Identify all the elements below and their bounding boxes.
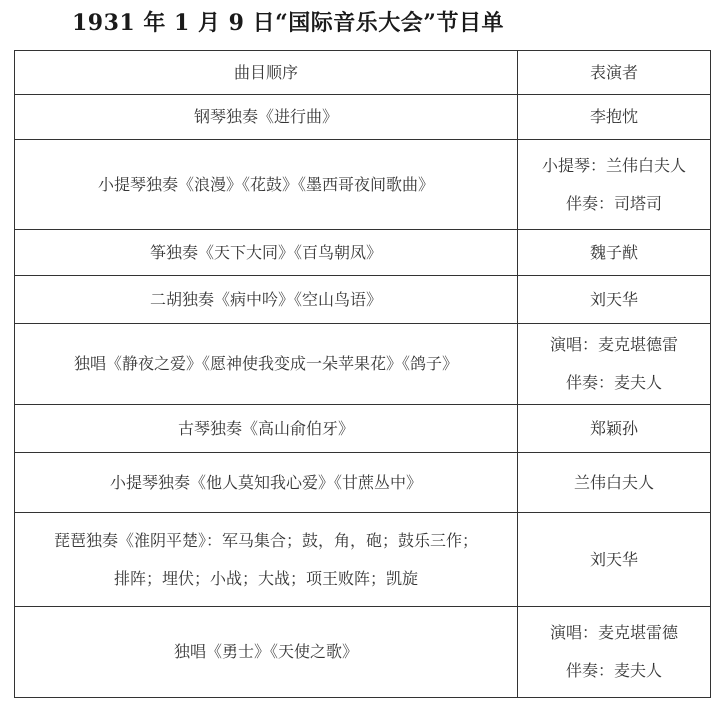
- table-row: 琵琶独奏《淮阴平楚》：军马集合；鼓，角，砲；鼓乐三作； 排阵；埋伏；小战；大战；…: [15, 513, 711, 607]
- table-row: 小提琴独奏《浪漫》《花鼓》《墨西哥夜间歌曲》 小提琴：兰伟白夫人 伴奏：司塔司: [15, 140, 711, 230]
- piece-cell: 古琴独奏《高山俞伯牙》: [15, 405, 518, 453]
- piece-cell: 独唱《勇士》《天使之歌》: [15, 607, 518, 698]
- program-table: 曲目顺序 表演者 钢琴独奏《进行曲》 李抱忱 小提琴独奏《浪漫》《花鼓》《墨西哥…: [14, 50, 711, 698]
- piece-cell: 小提琴独奏《浪漫》《花鼓》《墨西哥夜间歌曲》: [15, 140, 518, 230]
- table-header-row: 曲目顺序 表演者: [15, 51, 711, 95]
- piece-cell: 二胡独奏《病中吟》《空山鸟语》: [15, 276, 518, 324]
- performer-cell: 兰伟白夫人: [518, 453, 711, 513]
- header-performer: 表演者: [518, 51, 711, 95]
- header-piece-order: 曲目顺序: [15, 51, 518, 95]
- piece-text: 筝独奏《天下大同》《百鸟朝凤》: [21, 243, 511, 263]
- performer-text: 刘天华: [524, 290, 704, 310]
- table-row: 筝独奏《天下大同》《百鸟朝凤》 魏子猷: [15, 230, 711, 276]
- performer-cell: 演唱：麦克堪德雷 伴奏：麦夫人: [518, 324, 711, 405]
- piece-text: 小提琴独奏《他人莫知我心爱》《甘蔗丛中》: [21, 473, 511, 493]
- table-body: 钢琴独奏《进行曲》 李抱忱 小提琴独奏《浪漫》《花鼓》《墨西哥夜间歌曲》 小提琴…: [15, 95, 711, 698]
- performer-cell: 演唱：麦克堪雷德 伴奏：麦夫人: [518, 607, 711, 698]
- piece-text: 钢琴独奏《进行曲》: [21, 107, 511, 127]
- performer-cell: 郑颖孙: [518, 405, 711, 453]
- piece-cell: 独唱《静夜之爱》《愿神使我变成一朵苹果花》《鸽子》: [15, 324, 518, 405]
- piece-text: 独唱《勇士》《天使之歌》: [21, 642, 511, 662]
- performer-cell: 李抱忱: [518, 95, 711, 140]
- performer-text: 兰伟白夫人: [524, 473, 704, 493]
- piece-text: 古琴独奏《高山俞伯牙》: [21, 419, 511, 439]
- performer-cell: 魏子猷: [518, 230, 711, 276]
- accompanist-text: 伴奏：麦夫人: [524, 373, 704, 393]
- performer-text: 演唱：麦克堪雷德: [524, 623, 704, 643]
- performer-cell: 刘天华: [518, 276, 711, 324]
- piece-cell: 筝独奏《天下大同》《百鸟朝凤》: [15, 230, 518, 276]
- accompanist-text: 伴奏：司塔司: [524, 194, 704, 214]
- piece-cell: 钢琴独奏《进行曲》: [15, 95, 518, 140]
- document-title: 1931 年 1 月 9 日“国际音乐大会”节目单: [72, 6, 504, 37]
- table-row: 古琴独奏《高山俞伯牙》 郑颖孙: [15, 405, 711, 453]
- performer-cell: 刘天华: [518, 513, 711, 607]
- table-row: 独唱《勇士》《天使之歌》 演唱：麦克堪雷德 伴奏：麦夫人: [15, 607, 711, 698]
- performer-cell: 小提琴：兰伟白夫人 伴奏：司塔司: [518, 140, 711, 230]
- performer-text: 魏子猷: [524, 243, 704, 263]
- piece-cell: 琵琶独奏《淮阴平楚》：军马集合；鼓，角，砲；鼓乐三作； 排阵；埋伏；小战；大战；…: [15, 513, 518, 607]
- accompanist-text: 伴奏：麦夫人: [524, 661, 704, 681]
- piece-text: 独唱《静夜之爱》《愿神使我变成一朵苹果花》《鸽子》: [21, 354, 511, 374]
- piece-text: 二胡独奏《病中吟》《空山鸟语》: [21, 290, 511, 310]
- table-row: 小提琴独奏《他人莫知我心爱》《甘蔗丛中》 兰伟白夫人: [15, 453, 711, 513]
- piece-cell: 小提琴独奏《他人莫知我心爱》《甘蔗丛中》: [15, 453, 518, 513]
- table-row: 二胡独奏《病中吟》《空山鸟语》 刘天华: [15, 276, 711, 324]
- piece-text-continued: 排阵；埋伏；小战；大战；项王败阵；凯旋: [21, 569, 511, 589]
- table-row: 独唱《静夜之爱》《愿神使我变成一朵苹果花》《鸽子》 演唱：麦克堪德雷 伴奏：麦夫…: [15, 324, 711, 405]
- performer-text: 刘天华: [524, 550, 704, 570]
- performer-text: 小提琴：兰伟白夫人: [524, 156, 704, 176]
- piece-text: 琵琶独奏《淮阴平楚》：军马集合；鼓，角，砲；鼓乐三作；: [21, 531, 511, 551]
- piece-text: 小提琴独奏《浪漫》《花鼓》《墨西哥夜间歌曲》: [21, 175, 511, 195]
- table-row: 钢琴独奏《进行曲》 李抱忱: [15, 95, 711, 140]
- performer-text: 演唱：麦克堪德雷: [524, 335, 704, 355]
- performer-text: 郑颖孙: [524, 419, 704, 439]
- performer-text: 李抱忱: [524, 107, 704, 127]
